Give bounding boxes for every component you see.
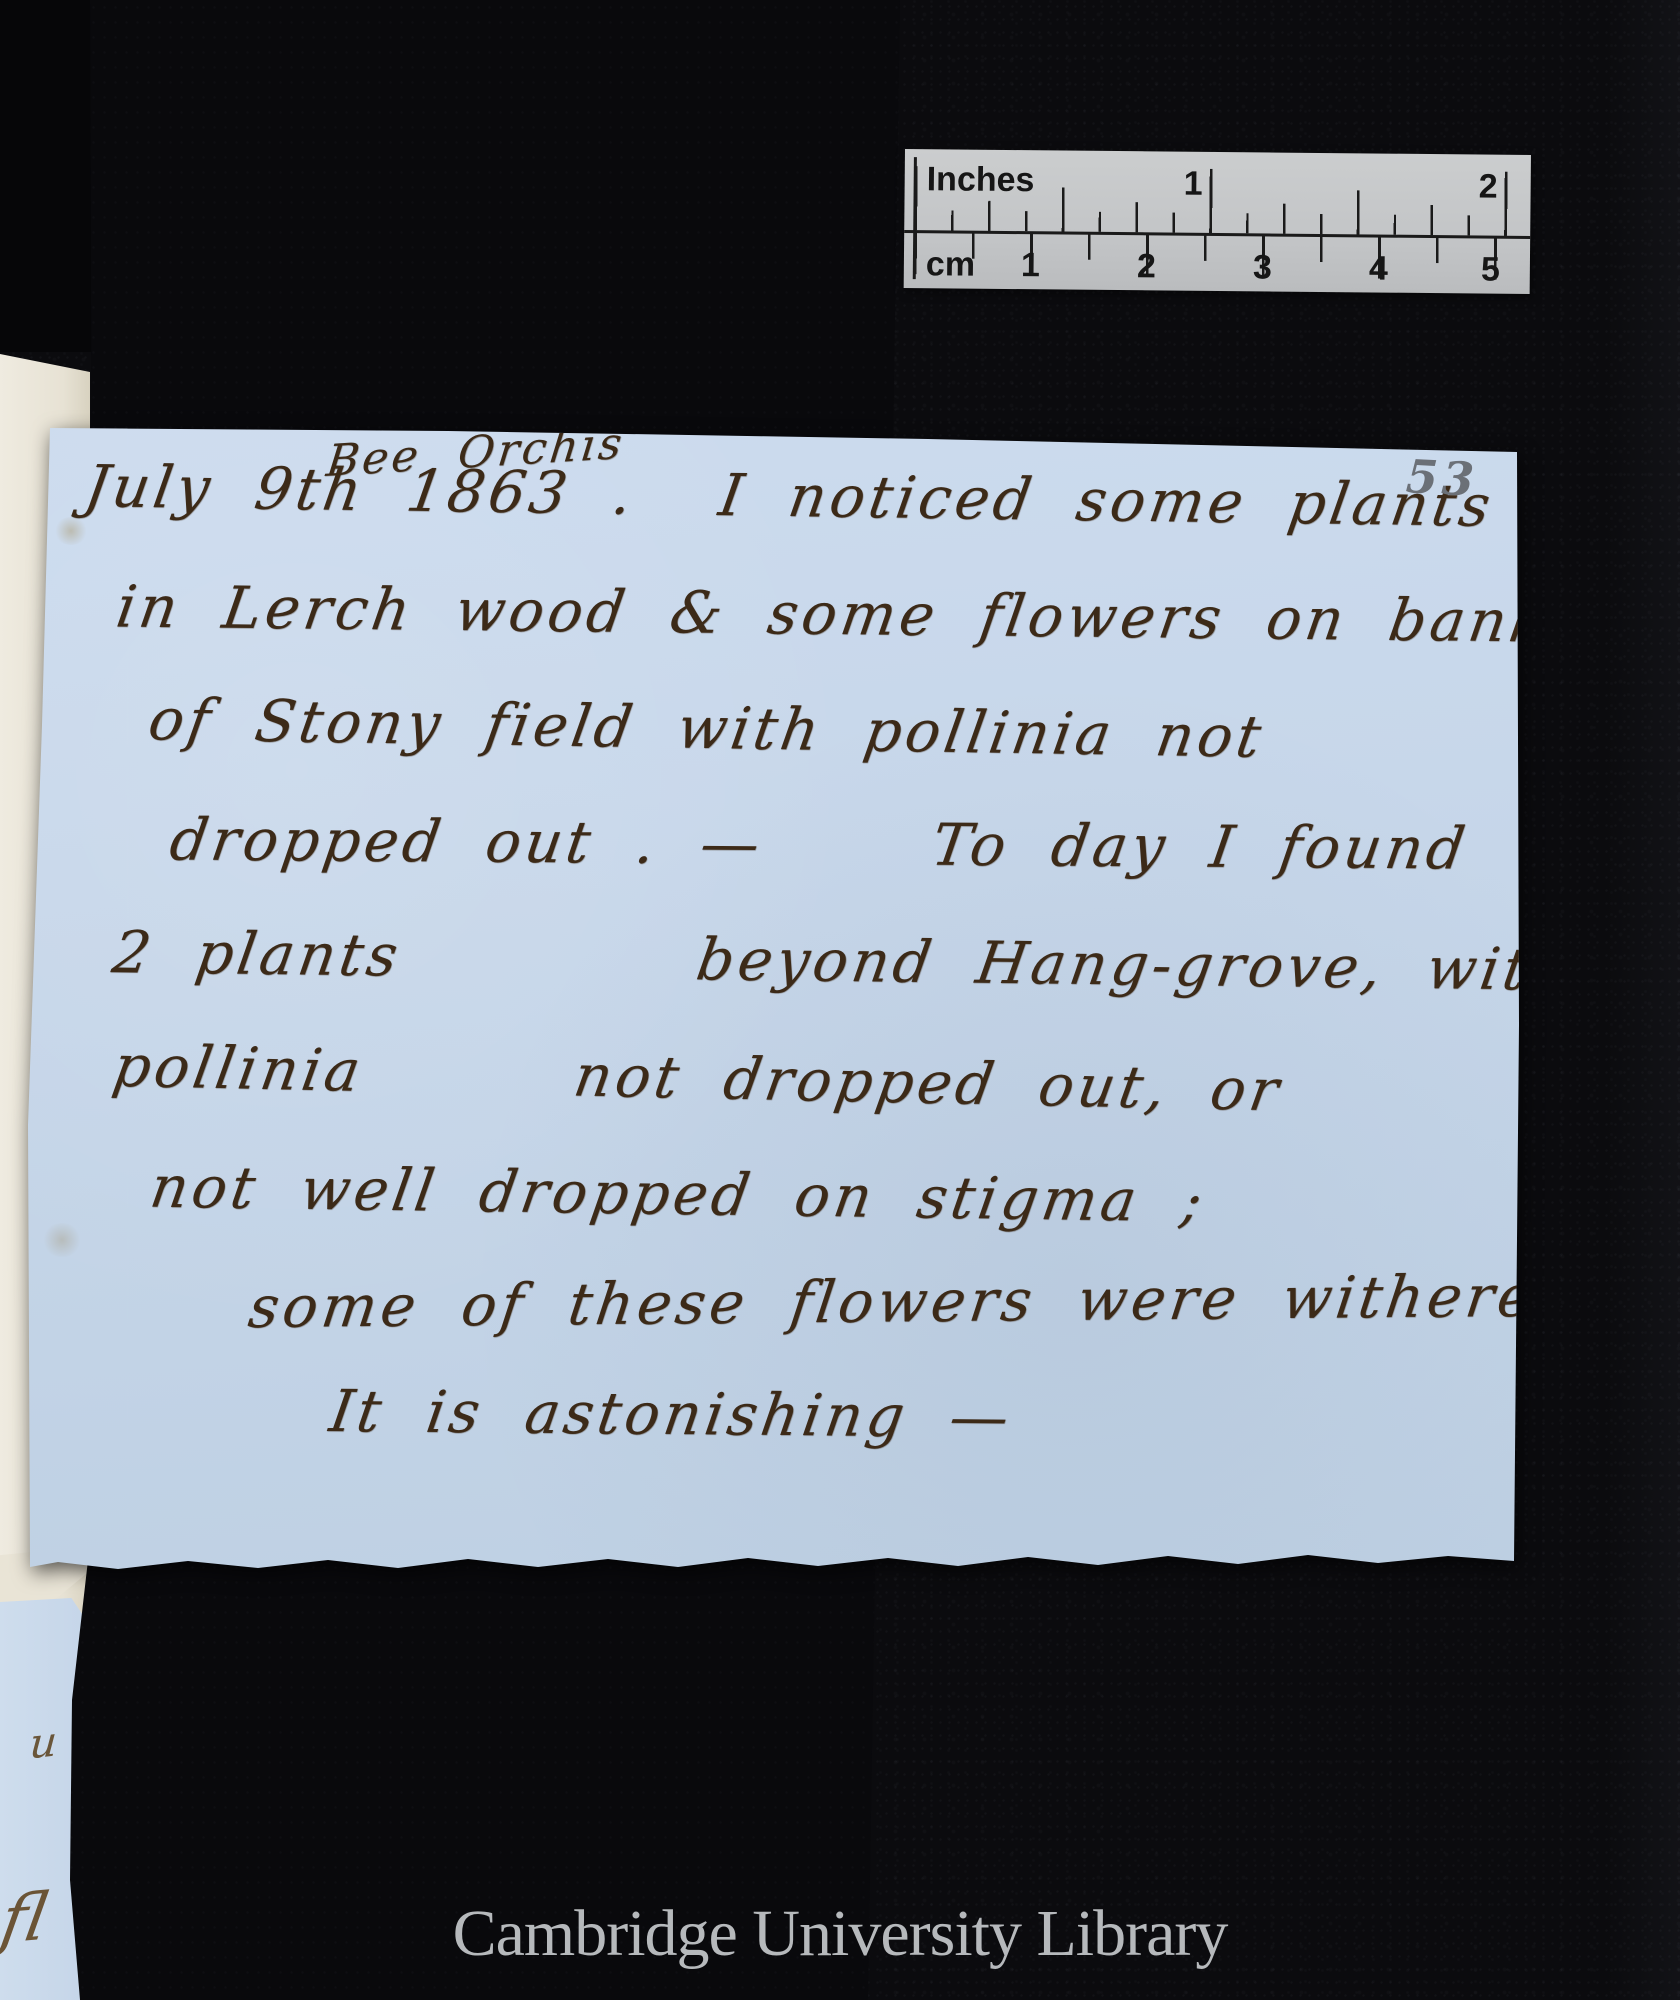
manuscript-note: Bee Orchis July 9th 1863 . I noticed som… (28, 425, 1520, 1573)
note-line: of Stony field with pollinia not (144, 688, 1269, 769)
note-line: dropped out . — To day I found (166, 808, 1473, 881)
ruler-inch-number: 2 (1462, 169, 1498, 203)
ruler-inch-number: 1 (1167, 167, 1203, 201)
library-watermark: Cambridge University Library (0, 1896, 1680, 1972)
note-line: 2 plants beyond Hang-grove, with (108, 921, 1576, 1003)
folio-number: 53 (1405, 449, 1480, 507)
right-edge-sheen (1606, 0, 1680, 2000)
scale-ruler: Inches cm 1 2 1 2 3 4 5 (904, 149, 1531, 294)
note-line: pollinia not dropped out, or (109, 1035, 1287, 1123)
note-line: some of these flowers were withered ! (245, 1264, 1651, 1340)
ruler-cm-label: cm (926, 247, 975, 281)
ruler-cm-number: 3 (1236, 250, 1272, 284)
gutter-shadow (0, 0, 92, 352)
paper-stain (42, 1223, 82, 1257)
paper-stain (54, 517, 88, 545)
manuscript-photo: u fl Bee Orchis July 9th 1863 . I notice… (0, 0, 1680, 2000)
note-line: July 9th 1863 . I noticed some plants (81, 455, 1499, 538)
ruler-cm-number: 2 (1120, 249, 1156, 283)
fragment-ink-mark: u (28, 1717, 59, 1769)
ruler-cm-number: 1 (1004, 248, 1040, 282)
note-line: It is astonishing — (326, 1380, 1017, 1450)
note-line: in Lerch wood & some flowers on bank (112, 575, 1554, 654)
note-line: not well dropped on stigma ; (146, 1156, 1210, 1235)
ruler-cm-number: 4 (1352, 251, 1388, 285)
ruler-cm-number: 5 (1464, 252, 1500, 286)
ruler-inches-label: Inches (927, 162, 1035, 197)
